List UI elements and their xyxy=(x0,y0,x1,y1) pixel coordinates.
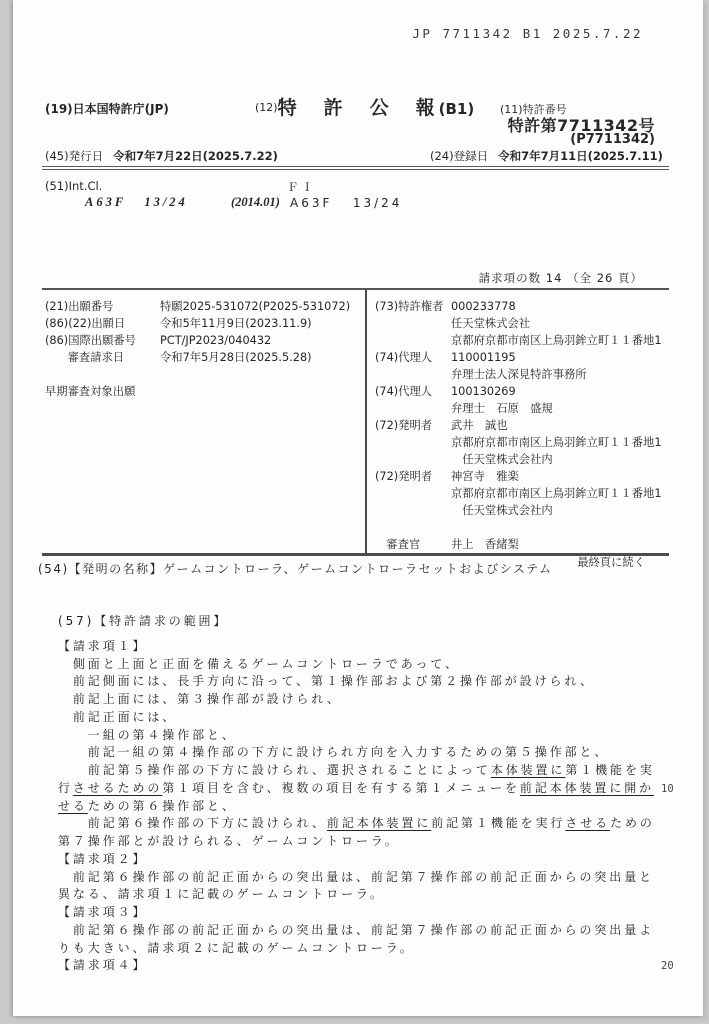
inventor-row-2: (72)発明者神宮寺 雅楽 京都府京都市南区上鳥羽鉾立町１１番地1 任天堂株式会… xyxy=(375,468,669,519)
claim-line: 第７操作部とが設けられる、ゲームコントローラ。 xyxy=(58,833,658,851)
claim-line: 前記一組の第４操作部の下方に設けられ方向を入力するための第５操作部と、 xyxy=(58,744,658,762)
claims-heading: (57)【特許請求の範囲】 xyxy=(58,613,658,631)
claim-line: 前記正面には、 xyxy=(58,709,658,727)
table-vertical-divider xyxy=(365,290,367,553)
registration-date-row: (24)登録日令和7年7月11日(2025.7.11) xyxy=(430,148,663,164)
patent-office-name: (19)日本国特許庁(JP) xyxy=(45,100,169,117)
registration-date-value: 令和7年7月11日(2025.7.11) xyxy=(498,149,663,163)
claims-count: 請求項の数 14 （全 26 頁） xyxy=(479,270,643,286)
inventor-row-1: (72)発明者武井 誠也 京都府京都市南区上鳥羽鉾立町１１番地1 任天堂株式会社… xyxy=(375,417,669,468)
claim-line: 前記第６操作部の下方に設けられ、前記本体装置に前記第１機能を実行させるための xyxy=(58,815,658,833)
patent-document-page: JP 7711342 B1 2025.7.22 (19)日本国特許庁(JP) (… xyxy=(13,0,703,1016)
agent-row-2: (74)代理人100130269 弁理士 石原 盛規 xyxy=(375,383,669,417)
claim-line: 前記第５操作部の下方に設けられ、選択されることによって本体装置に第１機能を実 xyxy=(58,762,658,780)
claim-line: 【請求項４】20 xyxy=(58,957,658,975)
claim-line: 前記第６操作部の前記正面からの突出量は、前記第７操作部の前記正面からの突出量よ xyxy=(58,922,658,940)
claims-section: (57)【特許請求の範囲】 【請求項１】 側面と上面と正面を備えるゲームコントロ… xyxy=(58,613,658,975)
claim-line: 【請求項２】 xyxy=(58,851,658,869)
margin-line-number: 10 xyxy=(661,781,674,799)
biblio-left-column: (21)出願番号特願2025-531072(P2025-531072) (86)… xyxy=(45,298,363,400)
intcl-classification: A63F 13/24 xyxy=(85,195,188,210)
kind-title-text: 特 許 公 報 xyxy=(278,97,439,119)
claim-line: 【請求項３】 xyxy=(58,904,658,922)
claim-line: りも大きい、請求項２に記載のゲームコントローラ。 xyxy=(58,940,658,958)
header-divider-rule xyxy=(42,166,669,170)
kind-code-prefix: (12) xyxy=(255,101,278,114)
kind-code-suffix: (B1) xyxy=(439,100,475,118)
fi-label: ＦＩ xyxy=(287,179,316,195)
filing-date-row: (86)(22)出願日令和5年11月9日(2023.11.9) xyxy=(45,315,363,332)
issue-date-row: (45)発行日令和7年7月22日(2025.7.22) xyxy=(45,148,278,164)
invention-title: (54)【発明の名称】ゲームコントローラ、ゲームコントローラセットおよびシステム xyxy=(38,560,552,577)
examination-request-row: 審査請求日令和7年5月28日(2025.5.28) xyxy=(45,349,363,366)
claims-lines: 【請求項１】 側面と上面と正面を備えるゲームコントローラであって、 前記側面には… xyxy=(58,638,658,975)
publication-kind-title: (12)特 許 公 報(B1) xyxy=(255,93,474,120)
margin-line-number: 20 xyxy=(661,958,674,976)
intcl-label: (51)Int.Cl. xyxy=(45,179,102,193)
claim-line: 前記第６操作部の前記正面からの突出量は、前記第７操作部の前記正面からの突出量と xyxy=(58,869,658,887)
issue-date-value: 令和7年7月22日(2025.7.22) xyxy=(113,149,278,163)
claim-line: 前記側面には、長手方向に沿って、第１操作部および第２操作部が設けられ、 xyxy=(58,673,658,691)
patent-number-paren: (P7711342) xyxy=(570,132,655,147)
registration-date-label: (24)登録日 xyxy=(430,149,488,163)
claim-line: 側面と上面と正面を備えるゲームコントローラであって、 xyxy=(58,656,658,674)
biblio-right-column: (73)特許権者000233778 任天堂株式会社 京都府京都市南区上鳥羽鉾立町… xyxy=(375,298,669,571)
fi-classification: A63F 13/24 xyxy=(290,196,402,210)
accelerated-examination-row: 早期審査対象出願 xyxy=(45,383,363,400)
claim-line: せるための第６操作部と、 xyxy=(58,798,658,816)
document-reference: JP 7711342 B1 2025.7.22 xyxy=(412,26,643,41)
examiner-row: 審査官井上 香緒梨 xyxy=(375,536,669,553)
intcl-version: (2014.01) xyxy=(231,195,280,210)
claim-line: 前記上面には、第３操作部が設けられ、 xyxy=(58,691,658,709)
bibliographic-table: (21)出願番号特願2025-531072(P2025-531072) (86)… xyxy=(42,288,669,556)
claim-line: 【請求項１】 xyxy=(58,638,658,656)
claim-line: 一組の第４操作部と、 xyxy=(58,727,658,745)
agent-row-1: (74)代理人110001195 弁理士法人深見特許事務所 xyxy=(375,349,669,383)
patentee-row: (73)特許権者000233778 任天堂株式会社 京都府京都市南区上鳥羽鉾立町… xyxy=(375,298,669,349)
claim-line: 異なる、請求項１に記載のゲームコントローラ。 xyxy=(58,886,658,904)
claim-line: 行させるための第１項目を含む、複数の項目を有する第１メニューを前記本体装置に開か… xyxy=(58,780,658,798)
international-application-row: (86)国際出願番号PCT/JP2023/040432 xyxy=(45,332,363,349)
issue-date-label: (45)発行日 xyxy=(45,149,103,163)
application-number-row: (21)出願番号特願2025-531072(P2025-531072) xyxy=(45,298,363,315)
